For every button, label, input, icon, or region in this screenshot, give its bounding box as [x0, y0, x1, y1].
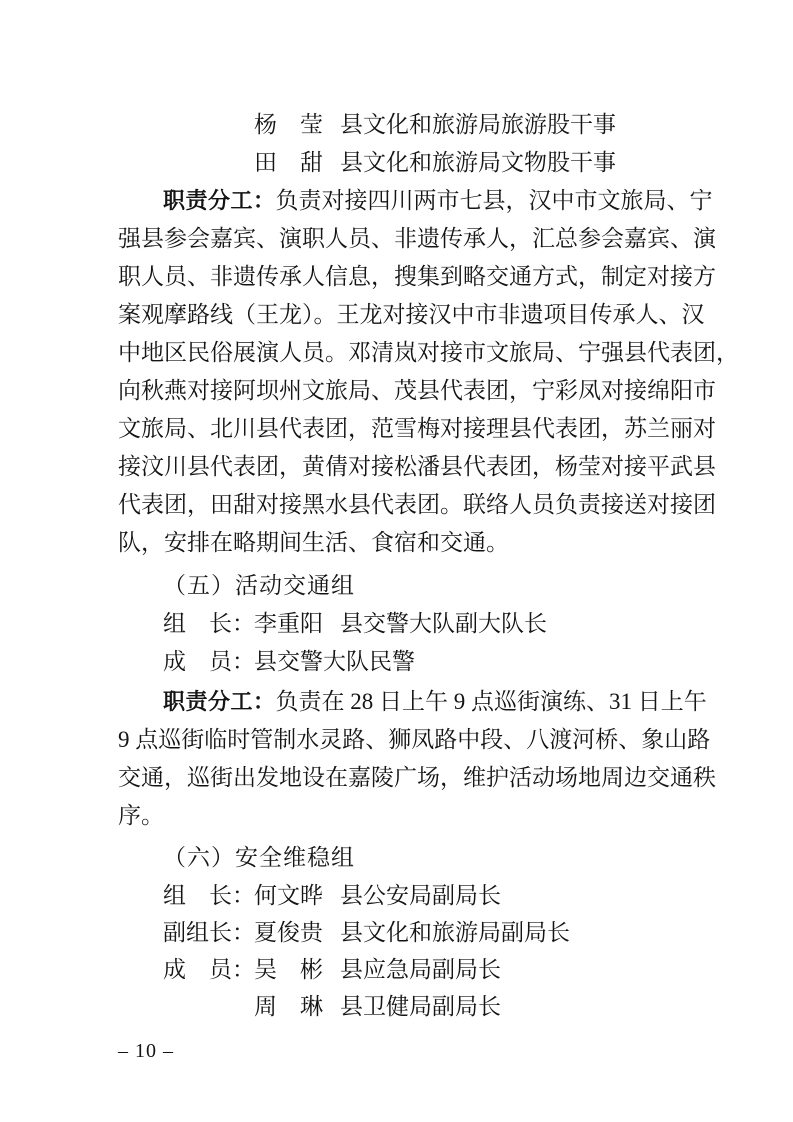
- duty-paragraph-line: 序。: [118, 802, 164, 830]
- duty-paragraph-first-line: 职责分工：负责在 28 日上午 9 点巡街演练、31 日上午: [163, 688, 707, 716]
- duty-paragraph-line: 职人员、非遗传承人信息，搜集到略交通方式，制定对接方: [118, 263, 716, 291]
- duty-paragraph-line: 接汶川县代表团，黄倩对接松潘县代表团，杨莹对接平武县: [118, 453, 716, 481]
- roster-line: 杨 莹县文化和旅游局旅游股干事: [254, 111, 616, 139]
- member-name: 吴 彬: [254, 956, 323, 984]
- member-row: 周 琳县卫健局副局长: [254, 993, 501, 1021]
- duty-text: 负责对接四川两市七县，汉中市文旅局、宁: [276, 188, 713, 213]
- duty-paragraph-line: 中地区民俗展演人员。邓清岚对接市文旅局、宁强县代表团，: [118, 339, 739, 367]
- duty-label: 职责分工：: [163, 188, 276, 213]
- leader-title: 县交警大队副大队长: [340, 611, 547, 636]
- duty-label: 职责分工：: [163, 689, 276, 714]
- role-label: 副组长：: [163, 919, 254, 947]
- member-name: 周 琳: [254, 993, 323, 1021]
- deputy-name: 夏俊贵: [254, 919, 323, 947]
- section-six-heading: （六）安全维稳组: [163, 844, 355, 872]
- deputy-row: 副组长：夏俊贵县文化和旅游局副局长: [163, 919, 570, 947]
- role-label: 成 员：: [163, 648, 254, 676]
- member-name: 田 甜: [254, 149, 323, 177]
- duty-paragraph-line: 交通，巡街出发地设在嘉陵广场，维护活动场地周边交通秩: [118, 764, 716, 792]
- leader-row: 组 长：何文晔县公安局副局长: [163, 882, 501, 910]
- role-label: 组 长：: [163, 610, 254, 638]
- duty-paragraph-line: 强县参会嘉宾、演职人员、非遗传承人，汇总参会嘉宾、演: [118, 225, 716, 253]
- leader-title: 县公安局副局长: [340, 883, 501, 908]
- duty-paragraph-line: 9 点巡街临时管制水灵路、狮凤路中段、八渡河桥、象山路: [118, 726, 710, 754]
- member-title: 县卫健局副局长: [340, 994, 501, 1019]
- duty-paragraph-line: 代表团，田甜对接黑水县代表团。联络人员负责接送对接团: [118, 491, 716, 519]
- duty-paragraph-line: 向秋燕对接阿坝州文旅局、茂县代表团，宁彩凤对接绵阳市: [118, 377, 716, 405]
- member-text: 县交警大队民警: [254, 649, 415, 674]
- duty-text: 负责在 28 日上午 9 点巡街演练、31 日上午: [276, 689, 707, 714]
- member-title: 县文化和旅游局文物股干事: [340, 150, 616, 175]
- leader-name: 何文晔: [254, 882, 323, 910]
- role-label: 组 长：: [163, 882, 254, 910]
- member-title: 县文化和旅游局旅游股干事: [340, 112, 616, 137]
- document-page: 杨 莹县文化和旅游局旅游股干事 田 甜县文化和旅游局文物股干事 职责分工：负责对…: [0, 0, 793, 1122]
- roster-line: 田 甜县文化和旅游局文物股干事: [254, 149, 616, 177]
- member-title: 县应急局副局长: [340, 957, 501, 982]
- duty-paragraph-line: 案观摩路线（王龙）。王龙对接汉中市非遗项目传承人、汉: [118, 301, 705, 329]
- duty-paragraph-line: 队，安排在略期间生活、食宿和交通。: [118, 529, 509, 557]
- duty-paragraph-first-line: 职责分工：负责对接四川两市七县，汉中市文旅局、宁: [163, 187, 713, 215]
- leader-row: 组 长：李重阳县交警大队副大队长: [163, 610, 547, 638]
- member-row: 成 员：吴 彬县应急局副局长: [163, 956, 501, 984]
- deputy-title: 县文化和旅游局副局长: [340, 920, 570, 945]
- page-number: – 10 –: [118, 1040, 174, 1063]
- section-five-heading: （五）活动交通组: [163, 572, 355, 600]
- member-name: 杨 莹: [254, 111, 323, 139]
- role-label: 成 员：: [163, 956, 254, 984]
- leader-name: 李重阳: [254, 610, 323, 638]
- duty-paragraph-line: 文旅局、北川县代表团，范雪梅对接理县代表团，苏兰丽对: [118, 415, 716, 443]
- member-row: 成 员：县交警大队民警: [163, 648, 415, 676]
